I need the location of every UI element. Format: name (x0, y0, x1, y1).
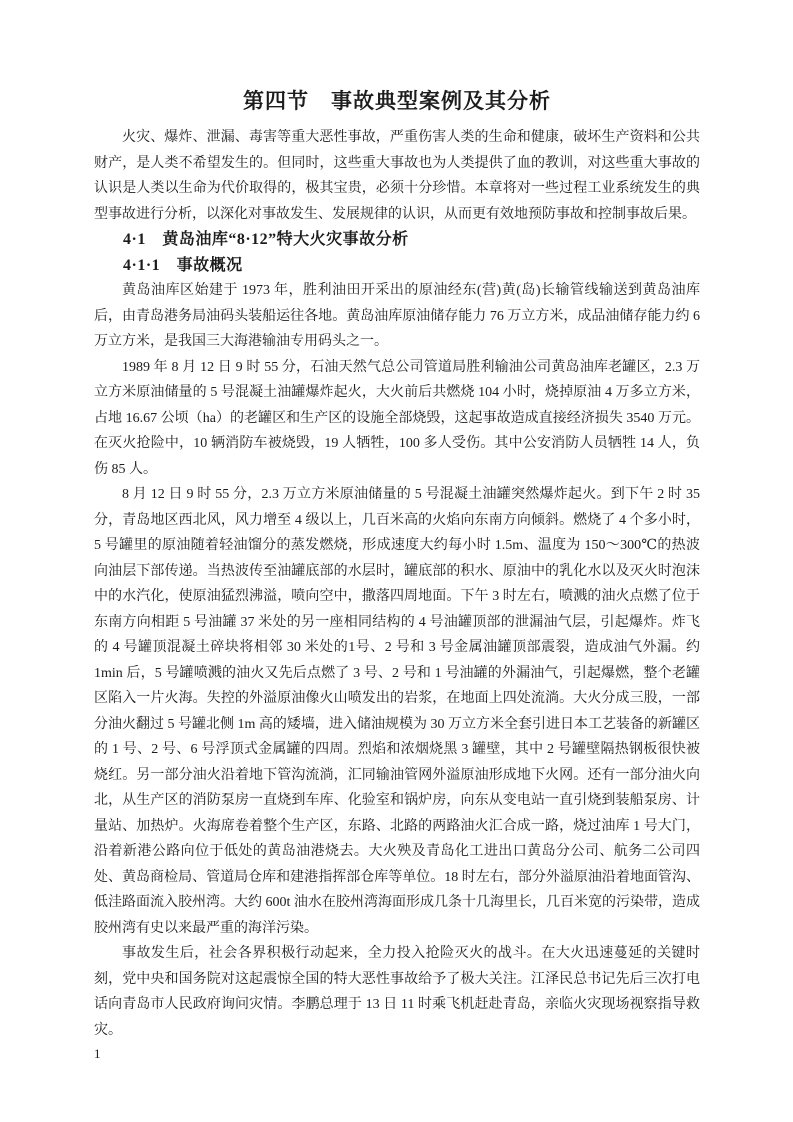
page-title: 第四节 事故典型案例及其分析 (94, 86, 700, 116)
paragraph-response: 事故发生后，社会各界积极行动起来，全力投入抢险灭火的战斗。在大火迅速蔓延的关键时… (94, 941, 700, 1043)
paragraph-fire-development: 8 月 12 日 9 时 55 分，2.3 万立方米原油储量的 5 号混凝土油罐… (94, 482, 700, 941)
section-heading-4-1-1: 4·1·1 事故概况 (94, 253, 700, 279)
paragraph-intro: 火灾、爆炸、泄漏、毒害等重大恶性事故，严重伤害人类的生命和健康，破坏生产资料和公… (94, 125, 700, 227)
page-number: 1 (94, 1043, 700, 1065)
paragraph-accident-summary: 1989 年 8 月 12 日 9 时 55 分，石油天然气总公司管道局胜利输油… (94, 355, 700, 483)
document-page: 第四节 事故典型案例及其分析 火灾、爆炸、泄漏、毒害等重大恶性事故，严重伤害人类… (0, 0, 793, 1122)
section-heading-4-1: 4·1 黄岛油库“8·12”特大火灾事故分析 (94, 227, 700, 253)
paragraph-depot-overview: 黄岛油库区始建于 1973 年，胜利油田开采出的原油经东(营)黄(岛)长输管线输… (94, 278, 700, 355)
